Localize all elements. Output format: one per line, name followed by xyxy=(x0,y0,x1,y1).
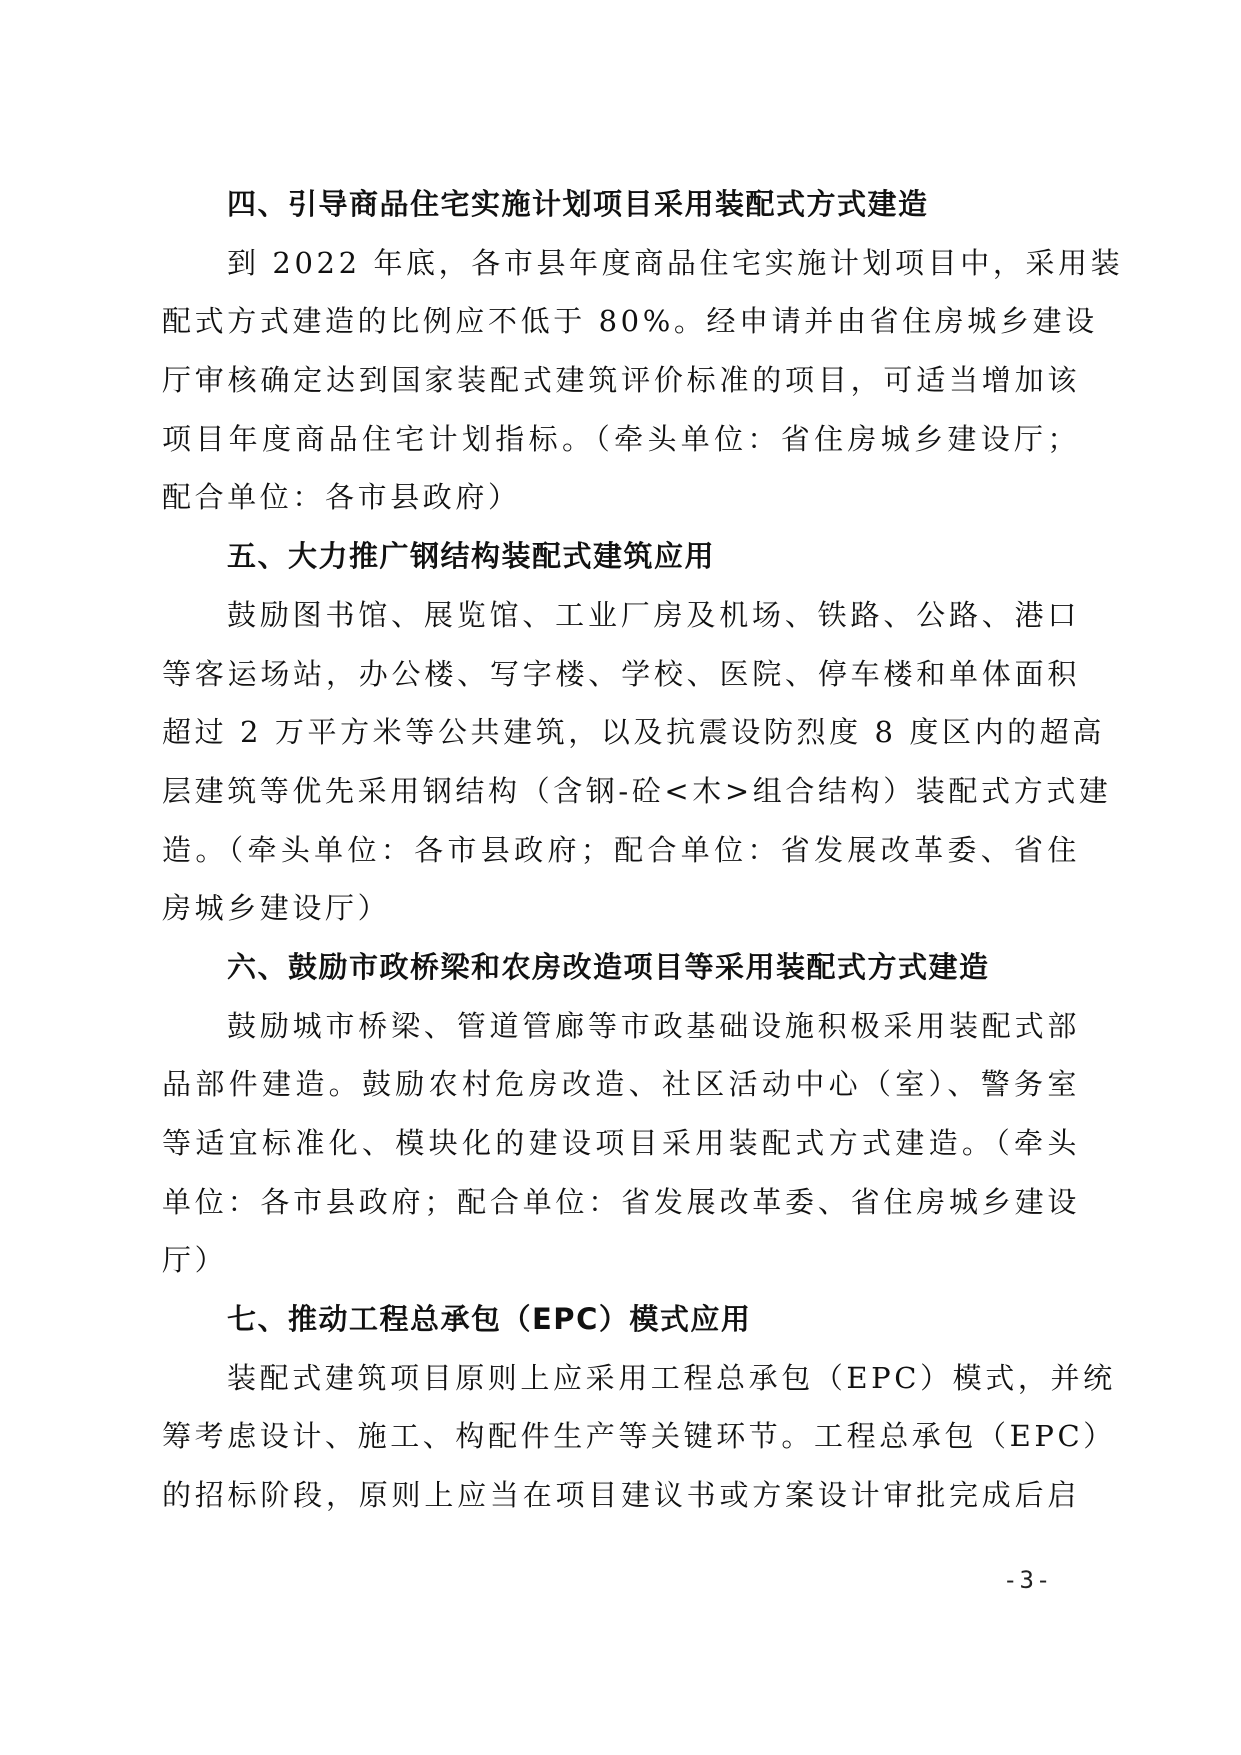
section-heading-4: 四、引导商品住宅实施计划项目采用装配式方式建造 xyxy=(162,175,1080,234)
paragraph-line: 厅） xyxy=(162,1231,1080,1290)
paragraph-line: 单位：各市县政府；配合单位：省发展改革委、省住房城乡建设 xyxy=(162,1173,1080,1232)
paragraph-line: 鼓励图书馆、展览馆、工业厂房及机场、铁路、公路、港口 xyxy=(162,586,1080,645)
paragraph-line: 到 2022 年底，各市县年度商品住宅实施计划项目中，采用装 xyxy=(162,234,1080,293)
paragraph-line: 超过 2 万平方米等公共建筑，以及抗震设防烈度 8 度区内的超高 xyxy=(162,703,1080,762)
paragraph-line: 筹考虑设计、施工、构配件生产等关键环节。工程总承包（EPC） xyxy=(162,1407,1080,1466)
paragraph-line: 厅审核确定达到国家装配式建筑评价标准的项目，可适当增加该 xyxy=(162,351,1080,410)
paragraph-line: 装配式建筑项目原则上应采用工程总承包（EPC）模式，并统 xyxy=(162,1349,1080,1408)
section-heading-5: 五、大力推广钢结构装配式建筑应用 xyxy=(162,527,1080,586)
paragraph-line: 品部件建造。鼓励农村危房改造、社区活动中心（室）、警务室 xyxy=(162,1055,1080,1114)
section-heading-6: 六、鼓励市政桥梁和农房改造项目等采用装配式方式建造 xyxy=(162,938,1080,997)
paragraph-line: 配合单位：各市县政府） xyxy=(162,468,1080,527)
paragraph-line: 配式方式建造的比例应不低于 80%。经申请并由省住房城乡建设 xyxy=(162,292,1080,351)
paragraph-line: 等客运场站，办公楼、写字楼、学校、医院、停车楼和单体面积 xyxy=(162,645,1080,704)
paragraph-line: 等适宜标准化、模块化的建设项目采用装配式方式建造。（牵头 xyxy=(162,1114,1080,1173)
page-number: -3- xyxy=(1003,1566,1052,1594)
paragraph-line: 造。（牵头单位：各市县政府；配合单位：省发展改革委、省住 xyxy=(162,821,1080,880)
paragraph-line: 项目年度商品住宅计划指标。（牵头单位：省住房城乡建设厅； xyxy=(162,410,1080,469)
document-body: 四、引导商品住宅实施计划项目采用装配式方式建造 到 2022 年底，各市县年度商… xyxy=(162,175,1080,1525)
paragraph-line: 层建筑等优先采用钢结构（含钢-砼<木>组合结构）装配式方式建 xyxy=(162,762,1080,821)
paragraph-line: 鼓励城市桥梁、管道管廊等市政基础设施积极采用装配式部 xyxy=(162,997,1080,1056)
paragraph-line: 房城乡建设厅） xyxy=(162,879,1080,938)
document-page: 四、引导商品住宅实施计划项目采用装配式方式建造 到 2022 年底，各市县年度商… xyxy=(0,0,1241,1755)
section-heading-7: 七、推动工程总承包（EPC）模式应用 xyxy=(162,1290,1080,1349)
paragraph-line: 的招标阶段，原则上应当在项目建议书或方案设计审批完成后启 xyxy=(162,1466,1080,1525)
